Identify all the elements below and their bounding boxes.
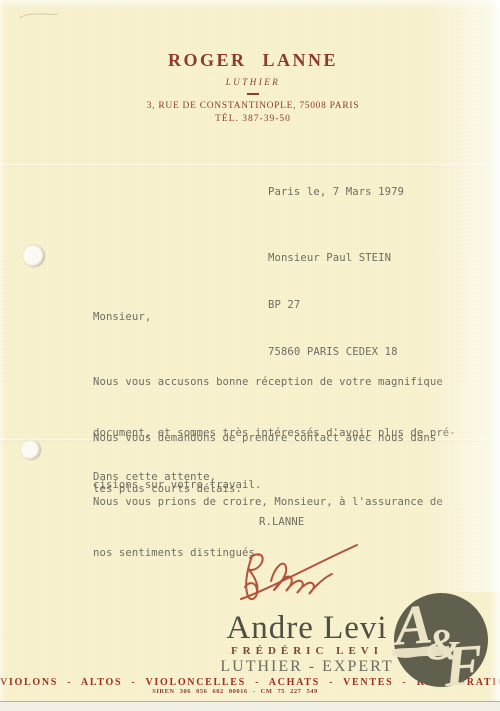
paragraph-line: Nous vous prions de croire, Monsieur, à … bbox=[93, 494, 443, 511]
letterhead-divider bbox=[247, 93, 259, 95]
punch-hole bbox=[23, 245, 45, 267]
letterhead: ROGER LANNE LUTHIER 3, RUE DE CONSTANTIN… bbox=[103, 50, 403, 124]
logo-letter-f: F bbox=[441, 631, 485, 698]
registration-line: SIREN 306 056 602 00016 - CM 75 227 549 bbox=[15, 688, 455, 695]
letterhead-address: 3, RUE DE CONSTANTINOPLE, 75008 PARIS bbox=[103, 101, 403, 111]
letterhead-phone: TÉL. 387-39-50 bbox=[103, 114, 403, 124]
recipient-po-box: BP 27 bbox=[268, 298, 398, 314]
recipient-name: Monsieur Paul STEIN bbox=[268, 251, 398, 267]
scan-edge-bottom bbox=[0, 701, 500, 711]
fold-crease bbox=[0, 164, 500, 168]
af-monogram-logo-icon: A & F bbox=[390, 586, 500, 698]
typed-signature: R.LANNE bbox=[259, 514, 304, 531]
letterhead-name: ROGER LANNE bbox=[103, 50, 403, 71]
date-line: Paris le, 7 Mars 1979 bbox=[268, 184, 404, 201]
punch-hole bbox=[21, 440, 41, 460]
scan-edge-left bbox=[0, 0, 5, 711]
salutation: Monsieur, bbox=[93, 309, 151, 326]
scanned-letter-page: ROGER LANNE LUTHIER 3, RUE DE CONSTANTIN… bbox=[0, 0, 500, 711]
handwritten-signature-icon bbox=[233, 533, 365, 605]
paragraph-line: Nous vous accusons bonne réception de vo… bbox=[93, 374, 456, 391]
pencil-mark-icon bbox=[16, 8, 62, 24]
scan-edge-top bbox=[0, 0, 500, 9]
letterhead-profession: LUTHIER bbox=[103, 77, 403, 87]
